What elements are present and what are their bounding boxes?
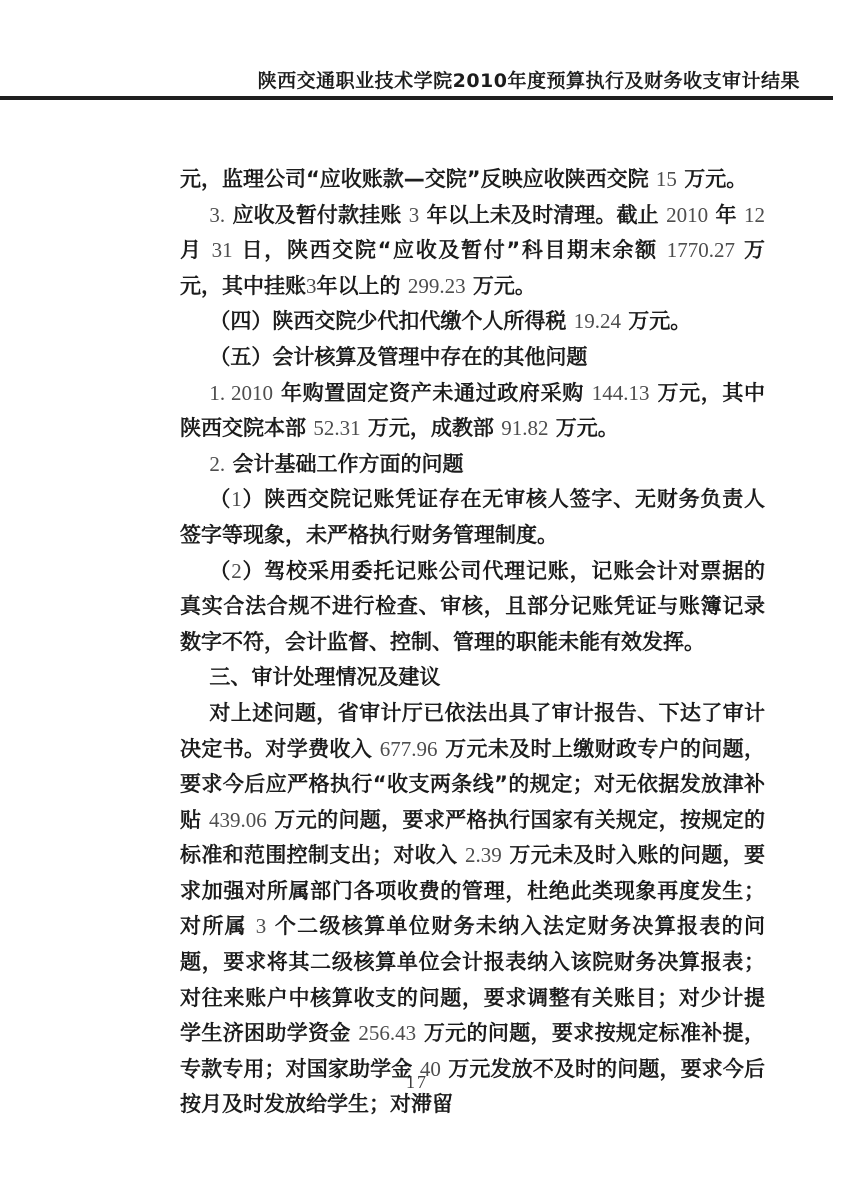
numeric-text: 2. — [209, 452, 225, 476]
cjk-text: （ — [209, 559, 231, 583]
cjk-text: （四）陕西交院少代扣代缴个人所得税 — [209, 309, 573, 333]
cjk-text: 应收及暂付款挂账 — [225, 203, 409, 227]
cjk-text: 年以上未及时清理。截止 — [419, 203, 666, 227]
numeric-text: 2010 — [666, 203, 708, 227]
para-item3-suspense-accounts: 3. 应收及暂付款挂账 3 年以上未及时清理。截止 2010 年 12 月 31… — [180, 198, 765, 305]
cjk-text: 万元。 — [621, 309, 691, 333]
numeric-text: 3 — [409, 203, 420, 227]
cjk-text: 年购置固定资产未通过政府采购 — [273, 381, 592, 405]
para-item5-heading: （五）会计核算及管理中存在的其他问题 — [180, 340, 765, 376]
header-rule-divider — [0, 96, 833, 100]
cjk-text: 万元。 — [677, 167, 747, 191]
numeric-text: 3 — [306, 274, 317, 298]
cjk-text: （ — [209, 487, 231, 511]
numeric-text: 1. 2010 — [209, 381, 273, 405]
numeric-text: 1770.27 — [667, 238, 735, 262]
para-5-2-1-vouchers: （1）陕西交院记账凭证存在无审核人签字、无财务负责人签字等现象，未严格执行财务管… — [180, 482, 765, 553]
cjk-text: ）驾校采用委托记账公司代理记账，记账会计对票据的真实合法合规不进行检查、审核，且… — [180, 559, 765, 654]
cjk-text: 元，监理公司“应收账款—交院”反映应收陕西交院 — [180, 167, 656, 191]
numeric-text: 256.43 — [358, 1021, 416, 1045]
numeric-text: 144.13 — [592, 381, 650, 405]
cjk-text: 年 — [708, 203, 744, 227]
numeric-text: 3. — [209, 203, 225, 227]
document-body: 元，监理公司“应收账款—交院”反映应收陕西交院 15 万元。3. 应收及暂付款挂… — [180, 162, 765, 1123]
cjk-text: 万元，成教部 — [361, 416, 502, 440]
numeric-text: 299.23 — [408, 274, 466, 298]
numeric-text: 52.31 — [313, 416, 360, 440]
numeric-text: 677.96 — [380, 737, 438, 761]
numeric-text: 19.24 — [574, 309, 621, 333]
para-audit-decisions: 对上述问题，省审计厅已依法出具了审计报告、下达了审计决定书。对学费收入 677.… — [180, 696, 765, 1123]
numeric-text: 2.39 — [465, 843, 502, 867]
cjk-text: 会计基础工作方面的问题 — [225, 452, 463, 476]
numeric-text: 3 — [256, 914, 267, 938]
cjk-text: 年以上的 — [317, 274, 408, 298]
cjk-text: 月 — [180, 238, 212, 262]
numeric-text: 2 — [231, 559, 242, 583]
page-number: 17 — [0, 1072, 834, 1093]
para-item4-income-tax: （四）陕西交院少代扣代缴个人所得税 19.24 万元。 — [180, 304, 765, 340]
numeric-text: 12 — [744, 203, 765, 227]
cjk-text: 万元。 — [548, 416, 618, 440]
cjk-text: （五）会计核算及管理中存在的其他问题 — [209, 345, 587, 369]
numeric-text: 15 — [656, 167, 677, 191]
cjk-text: ）陕西交院记账凭证存在无审核人签字、无财务负责人签字等现象，未严格执行财务管理制… — [180, 487, 765, 547]
para-section3-heading: 三、审计处理情况及建议 — [180, 660, 765, 696]
para-5-2-2-bookkeeping: （2）驾校采用委托记账公司代理记账，记账会计对票据的真实合法合规不进行检查、审核… — [180, 554, 765, 661]
para-5-1-procurement: 1. 2010 年购置固定资产未通过政府采购 144.13 万元，其中陕西交院本… — [180, 376, 765, 447]
running-header-title: 陕西交通职业技术学院2010年度预算执行及财务收支审计结果 — [258, 66, 800, 93]
numeric-text: 1 — [231, 487, 242, 511]
document-page: 陕西交通职业技术学院2010年度预算执行及财务收支审计结果 元，监理公司“应收账… — [0, 0, 848, 1200]
cjk-text: 三、审计处理情况及建议 — [209, 665, 440, 689]
para-5-2-heading: 2. 会计基础工作方面的问题 — [180, 447, 765, 483]
cjk-text: 万元。 — [466, 274, 536, 298]
numeric-text: 439.06 — [209, 808, 267, 832]
numeric-text: 91.82 — [501, 416, 548, 440]
numeric-text: 31 — [212, 238, 233, 262]
cjk-text: 日，陕西交院“应收及暂付”科目期末余额 — [233, 238, 667, 262]
para-continuation-receivables: 元，监理公司“应收账款—交院”反映应收陕西交院 15 万元。 — [180, 162, 765, 198]
